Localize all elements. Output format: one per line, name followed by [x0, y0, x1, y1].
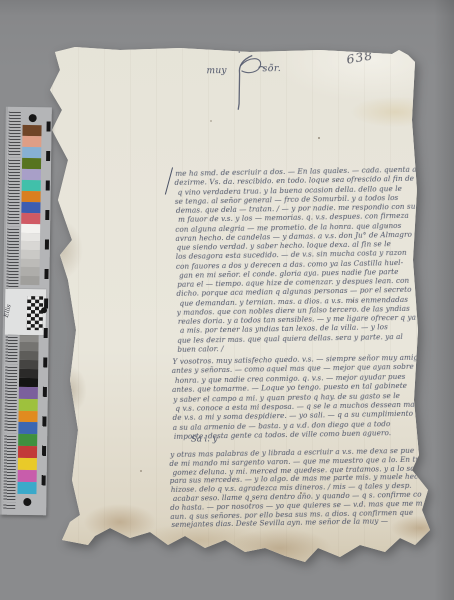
- color-patch: [22, 180, 41, 191]
- color-patch: [22, 125, 41, 136]
- color-patch: [18, 470, 37, 482]
- ink-layer: + muy sõr. 638 me ha smd. de escriuir a …: [0, 0, 454, 600]
- color-patch: [22, 136, 41, 147]
- paper-shadow-wrap: + muy sõr. 638 me ha smd. de escriuir a …: [0, 0, 454, 600]
- margin-slash-mark: [165, 167, 173, 194]
- paragraph-3: y otras mas palabras de y librada a escr…: [169, 447, 422, 531]
- color-patch: [18, 422, 37, 434]
- strip-label-scribble: Ellis: [3, 304, 13, 318]
- gray-step: [19, 351, 38, 360]
- color-patch: [22, 169, 41, 180]
- strip-label-block: Ellis: [5, 289, 47, 336]
- interjection-word: Sa l. y: [191, 434, 218, 444]
- color-patch: [19, 387, 38, 399]
- color-calibration-strip: Ellis: [0, 107, 52, 516]
- text-line: semejantes dias. Deste Sevilla ayn. me s…: [171, 517, 422, 530]
- checker-target: [27, 296, 43, 330]
- gray-step: [19, 378, 38, 387]
- registration-dot-top: [29, 114, 37, 122]
- registration-dot-bottom: [23, 498, 31, 506]
- color-patch: [18, 434, 37, 446]
- color-patch: [18, 446, 37, 458]
- color-patch: [22, 191, 41, 202]
- gray-step: [20, 276, 39, 285]
- paragraph-1: me ha smd. de escriuir a dos. — En las q…: [174, 165, 429, 354]
- color-patch: [21, 213, 40, 224]
- heading-word-muy: muy: [206, 66, 226, 76]
- photo-background: + muy sõr. 638 me ha smd. de escriuir a …: [0, 0, 454, 600]
- heading: + muy sõr.: [188, 40, 319, 112]
- gray-step: [19, 360, 38, 369]
- heading-word-senor: sõr.: [262, 63, 281, 74]
- color-patch: [18, 411, 37, 423]
- gray-step: [19, 369, 38, 378]
- color-patch: [21, 202, 40, 213]
- ille-abbreviation-flourish: [228, 51, 273, 112]
- gray-step: [21, 250, 40, 259]
- color-patch: [19, 399, 38, 411]
- color-patch: [22, 147, 41, 158]
- gray-step: [21, 259, 40, 268]
- gray-step: [19, 342, 38, 351]
- gray-step: [21, 224, 40, 233]
- gray-step: [21, 241, 40, 250]
- paragraph-2: Y vosotros. muy satisfecho quedo. v.s. —…: [172, 353, 425, 442]
- color-patch: [22, 158, 41, 169]
- manuscript-paper: + muy sõr. 638 me ha smd. de escriuir a …: [0, 0, 454, 600]
- color-patch: [18, 458, 37, 470]
- paper-speck-layer: [0, 0, 2, 2]
- folio-number: 638: [345, 47, 374, 66]
- color-patch: [17, 482, 36, 494]
- gray-step: [21, 233, 40, 242]
- gray-step: [20, 267, 39, 276]
